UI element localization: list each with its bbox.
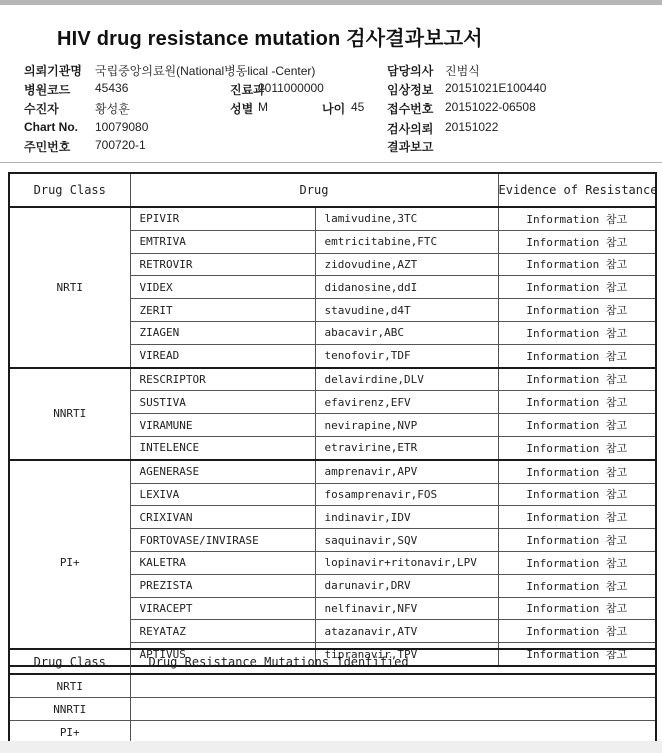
table-header-row: Drug Class Drug Resistance Mutations Ide… [9, 649, 656, 674]
drug-brand: EMTRIVA [130, 230, 315, 253]
drug-generic: darunavir,DRV [315, 574, 498, 597]
evidence-cell: Information 참고 [498, 344, 656, 367]
sex-label: 성별 [230, 100, 253, 117]
table-row: PI+ AGENERASE amprenavir,APV Information… [9, 460, 656, 483]
table-row: NNRTI [9, 698, 656, 721]
drug-brand: VIRAMUNE [130, 414, 315, 437]
report-date-label: 결과보고 [387, 138, 433, 155]
drug-generic: fosamprenavir,FOS [315, 483, 498, 506]
drug-brand: REYATAZ [130, 620, 315, 643]
evidence-cell: Information 참고 [498, 276, 656, 299]
evidence-cell: Information 참고 [498, 483, 656, 506]
evidence-cell: Information 참고 [498, 460, 656, 483]
doctor-label: 담당의사 [387, 62, 433, 79]
clinical-value: 20151021E100440 [445, 81, 546, 95]
drug-brand: ZERIT [130, 299, 315, 322]
col-drug-class: Drug Class [9, 649, 130, 674]
drug-class-cell: PI+ [9, 460, 130, 666]
mutations-table: Drug Class Drug Resistance Mutations Ide… [8, 648, 657, 745]
receipt-label: 접수번호 [387, 100, 433, 117]
table-row: NNRTI RESCRIPTOR delavirdine,DLV Informa… [9, 368, 656, 391]
evidence-cell: Information 참고 [498, 321, 656, 344]
evidence-cell: Information 참고 [498, 391, 656, 414]
col-drug: Drug [130, 173, 498, 207]
top-strip [0, 0, 662, 5]
drug-brand: CRIXIVAN [130, 506, 315, 529]
drug-generic: lamivudine,3TC [315, 207, 498, 230]
drug-brand: VIRACEPT [130, 597, 315, 620]
drug-brand: AGENERASE [130, 460, 315, 483]
org-value: 국립중앙의료원(National병동lical -Center) [95, 62, 315, 79]
drug-generic: zidovudine,AZT [315, 253, 498, 276]
drug-brand: EPIVIR [130, 207, 315, 230]
evidence-cell: Information 참고 [498, 299, 656, 322]
drug-generic: lopinavir+ritonavir,LPV [315, 551, 498, 574]
evidence-cell: Information 참고 [498, 253, 656, 276]
table-row: NRTI EPIVIR lamivudine,3TC Information 참… [9, 207, 656, 230]
patient-label: 수진자 [24, 100, 59, 117]
drug-class-cell: NNRTI [9, 368, 130, 460]
drug-generic: abacavir,ABC [315, 321, 498, 344]
drug-class-cell: NRTI [9, 674, 130, 698]
drug-generic: emtricitabine,FTC [315, 230, 498, 253]
drug-brand: FORTOVASE/INVIRASE [130, 529, 315, 552]
drug-brand: RESCRIPTOR [130, 368, 315, 391]
drug-generic: nevirapine,NVP [315, 414, 498, 437]
mutations-cell [130, 674, 656, 698]
drug-brand: LEXIVA [130, 483, 315, 506]
evidence-cell: Information 참고 [498, 551, 656, 574]
page-title: HIV drug resistance mutation 검사결과보고서 [57, 22, 483, 51]
drug-generic: delavirdine,DLV [315, 368, 498, 391]
rrn-label: 주민번호 [24, 138, 70, 155]
drug-generic: amprenavir,APV [315, 460, 498, 483]
drug-brand: ZIAGEN [130, 321, 315, 344]
mutations-cell [130, 698, 656, 721]
drug-generic: nelfinavir,NFV [315, 597, 498, 620]
evidence-cell: Information 참고 [498, 207, 656, 230]
evidence-cell: Information 참고 [498, 620, 656, 643]
drug-generic: etravirine,ETR [315, 436, 498, 459]
doctor-value: 진범식 [445, 62, 480, 79]
age-value: 45 [351, 100, 364, 114]
evidence-cell: Information 참고 [498, 436, 656, 459]
chart-no-value: 10079080 [95, 120, 148, 134]
col-evidence: Evidence of Resistance [498, 173, 656, 207]
evidence-cell: Information 참고 [498, 574, 656, 597]
sex-value: M [258, 100, 268, 114]
drug-generic: saquinavir,SQV [315, 529, 498, 552]
age-label: 나이 [322, 100, 345, 117]
hospital-code-value: 45436 [95, 81, 128, 95]
drug-generic: stavudine,d4T [315, 299, 498, 322]
hospital-code-label: 병원코드 [24, 81, 70, 98]
footer-strip [0, 741, 662, 753]
evidence-cell: Information 참고 [498, 368, 656, 391]
rrn-value: 700720-1 [95, 138, 146, 152]
drug-class-cell: NNRTI [9, 698, 130, 721]
drug-brand: VIDEX [130, 276, 315, 299]
table-row: NRTI [9, 674, 656, 698]
request-date-value: 20151022 [445, 120, 498, 134]
drug-brand: VIREAD [130, 344, 315, 367]
evidence-cell: Information 참고 [498, 529, 656, 552]
col-drug-class: Drug Class [9, 173, 130, 207]
evidence-cell: Information 참고 [498, 230, 656, 253]
chart-no-label: Chart No. [24, 120, 78, 134]
drug-generic: indinavir,IDV [315, 506, 498, 529]
patient-value: 황성훈 [95, 100, 130, 117]
evidence-cell: Information 참고 [498, 414, 656, 437]
drug-generic: efavirenz,EFV [315, 391, 498, 414]
receipt-value: 20151022-06508 [445, 100, 536, 114]
drug-generic: atazanavir,ATV [315, 620, 498, 643]
col-mutations: Drug Resistance Mutations Identified [130, 649, 656, 674]
drug-resistance-table: Drug Class Drug Evidence of Resistance N… [8, 172, 657, 667]
drug-brand: PREZISTA [130, 574, 315, 597]
table-header-row: Drug Class Drug Evidence of Resistance [9, 173, 656, 207]
org-label: 의뢰기관명 [24, 62, 82, 79]
drug-brand: SUSTIVA [130, 391, 315, 414]
dept-value: 2011000000 [258, 81, 324, 95]
header-divider [0, 162, 662, 163]
evidence-cell: Information 참고 [498, 506, 656, 529]
evidence-cell: Information 참고 [498, 597, 656, 620]
request-date-label: 검사의뢰 [387, 120, 433, 137]
drug-generic: tenofovir,TDF [315, 344, 498, 367]
drug-class-cell: NRTI [9, 207, 130, 368]
drug-brand: KALETRA [130, 551, 315, 574]
drug-generic: didanosine,ddI [315, 276, 498, 299]
drug-brand: INTELENCE [130, 436, 315, 459]
drug-brand: RETROVIR [130, 253, 315, 276]
clinical-label: 임상정보 [387, 81, 433, 98]
